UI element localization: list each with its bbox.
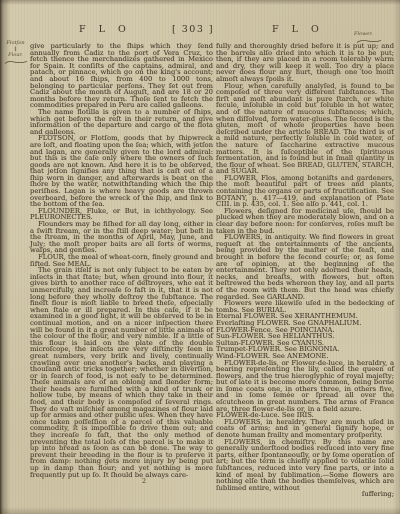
right-column-paragraphs: fully and thoroughly dried before it is … [216,43,394,491]
paragraph: FLOTSON, or Flotſom, goods that by ſhipw… [30,135,213,208]
right-column: fully and thoroughly dried before it is … [216,43,394,498]
paragraph: Flour, when carefully analyſed, is found… [216,83,394,175]
paragraph: give particularly to the ſhips which the… [30,43,213,109]
paragraph: FLOWER-de-lis, or Flower-de-luce, in her… [216,360,394,413]
paragraph: fully and thoroughly dried before it is … [216,43,394,83]
margin-note-right-label: Flower. [354,31,373,37]
running-title-left: F L O [79,24,131,35]
margin-note-left: Flotſon ‖ Flour. [2,40,29,65]
catchword: ſuffering; [216,491,394,498]
paragraph: FLOWERS, in chemiſtry. By this name are … [216,439,394,492]
page-number: [ 303 ] [172,24,214,35]
margin-swash-icon [4,59,28,65]
scanned-book-page: F L O [ 303 ] F L O Flotſon ‖ Flour. Flo… [0,0,400,514]
paragraph: FLOWERS, in antiquity. We find flowers i… [216,234,394,300]
paragraph: The grain itſelf is not only ſubject to … [30,267,213,478]
paragraph: FLOWERS, in heraldry. They are much uſed… [216,419,394,439]
running-header: F L O [ 303 ] F L O [0,24,400,36]
margin-note-left-bottom: Flour. [8,52,23,58]
paragraph: Flounders may be fiſhed for all day long… [30,221,213,254]
left-column: give particularly to the ſhips which the… [30,43,213,478]
running-title-right: F L O [272,24,324,35]
paragraph: Flowers, deſigned for medicinal uſe, ſho… [216,208,394,234]
paragraph: FLOWER, Flos, among botaniſts and garden… [216,175,394,208]
signature-mark: 2 [142,477,146,485]
paragraph: The name flotilla is given to a number o… [30,109,213,135]
left-column-paragraphs: give particularly to the ſhips which the… [30,43,213,478]
